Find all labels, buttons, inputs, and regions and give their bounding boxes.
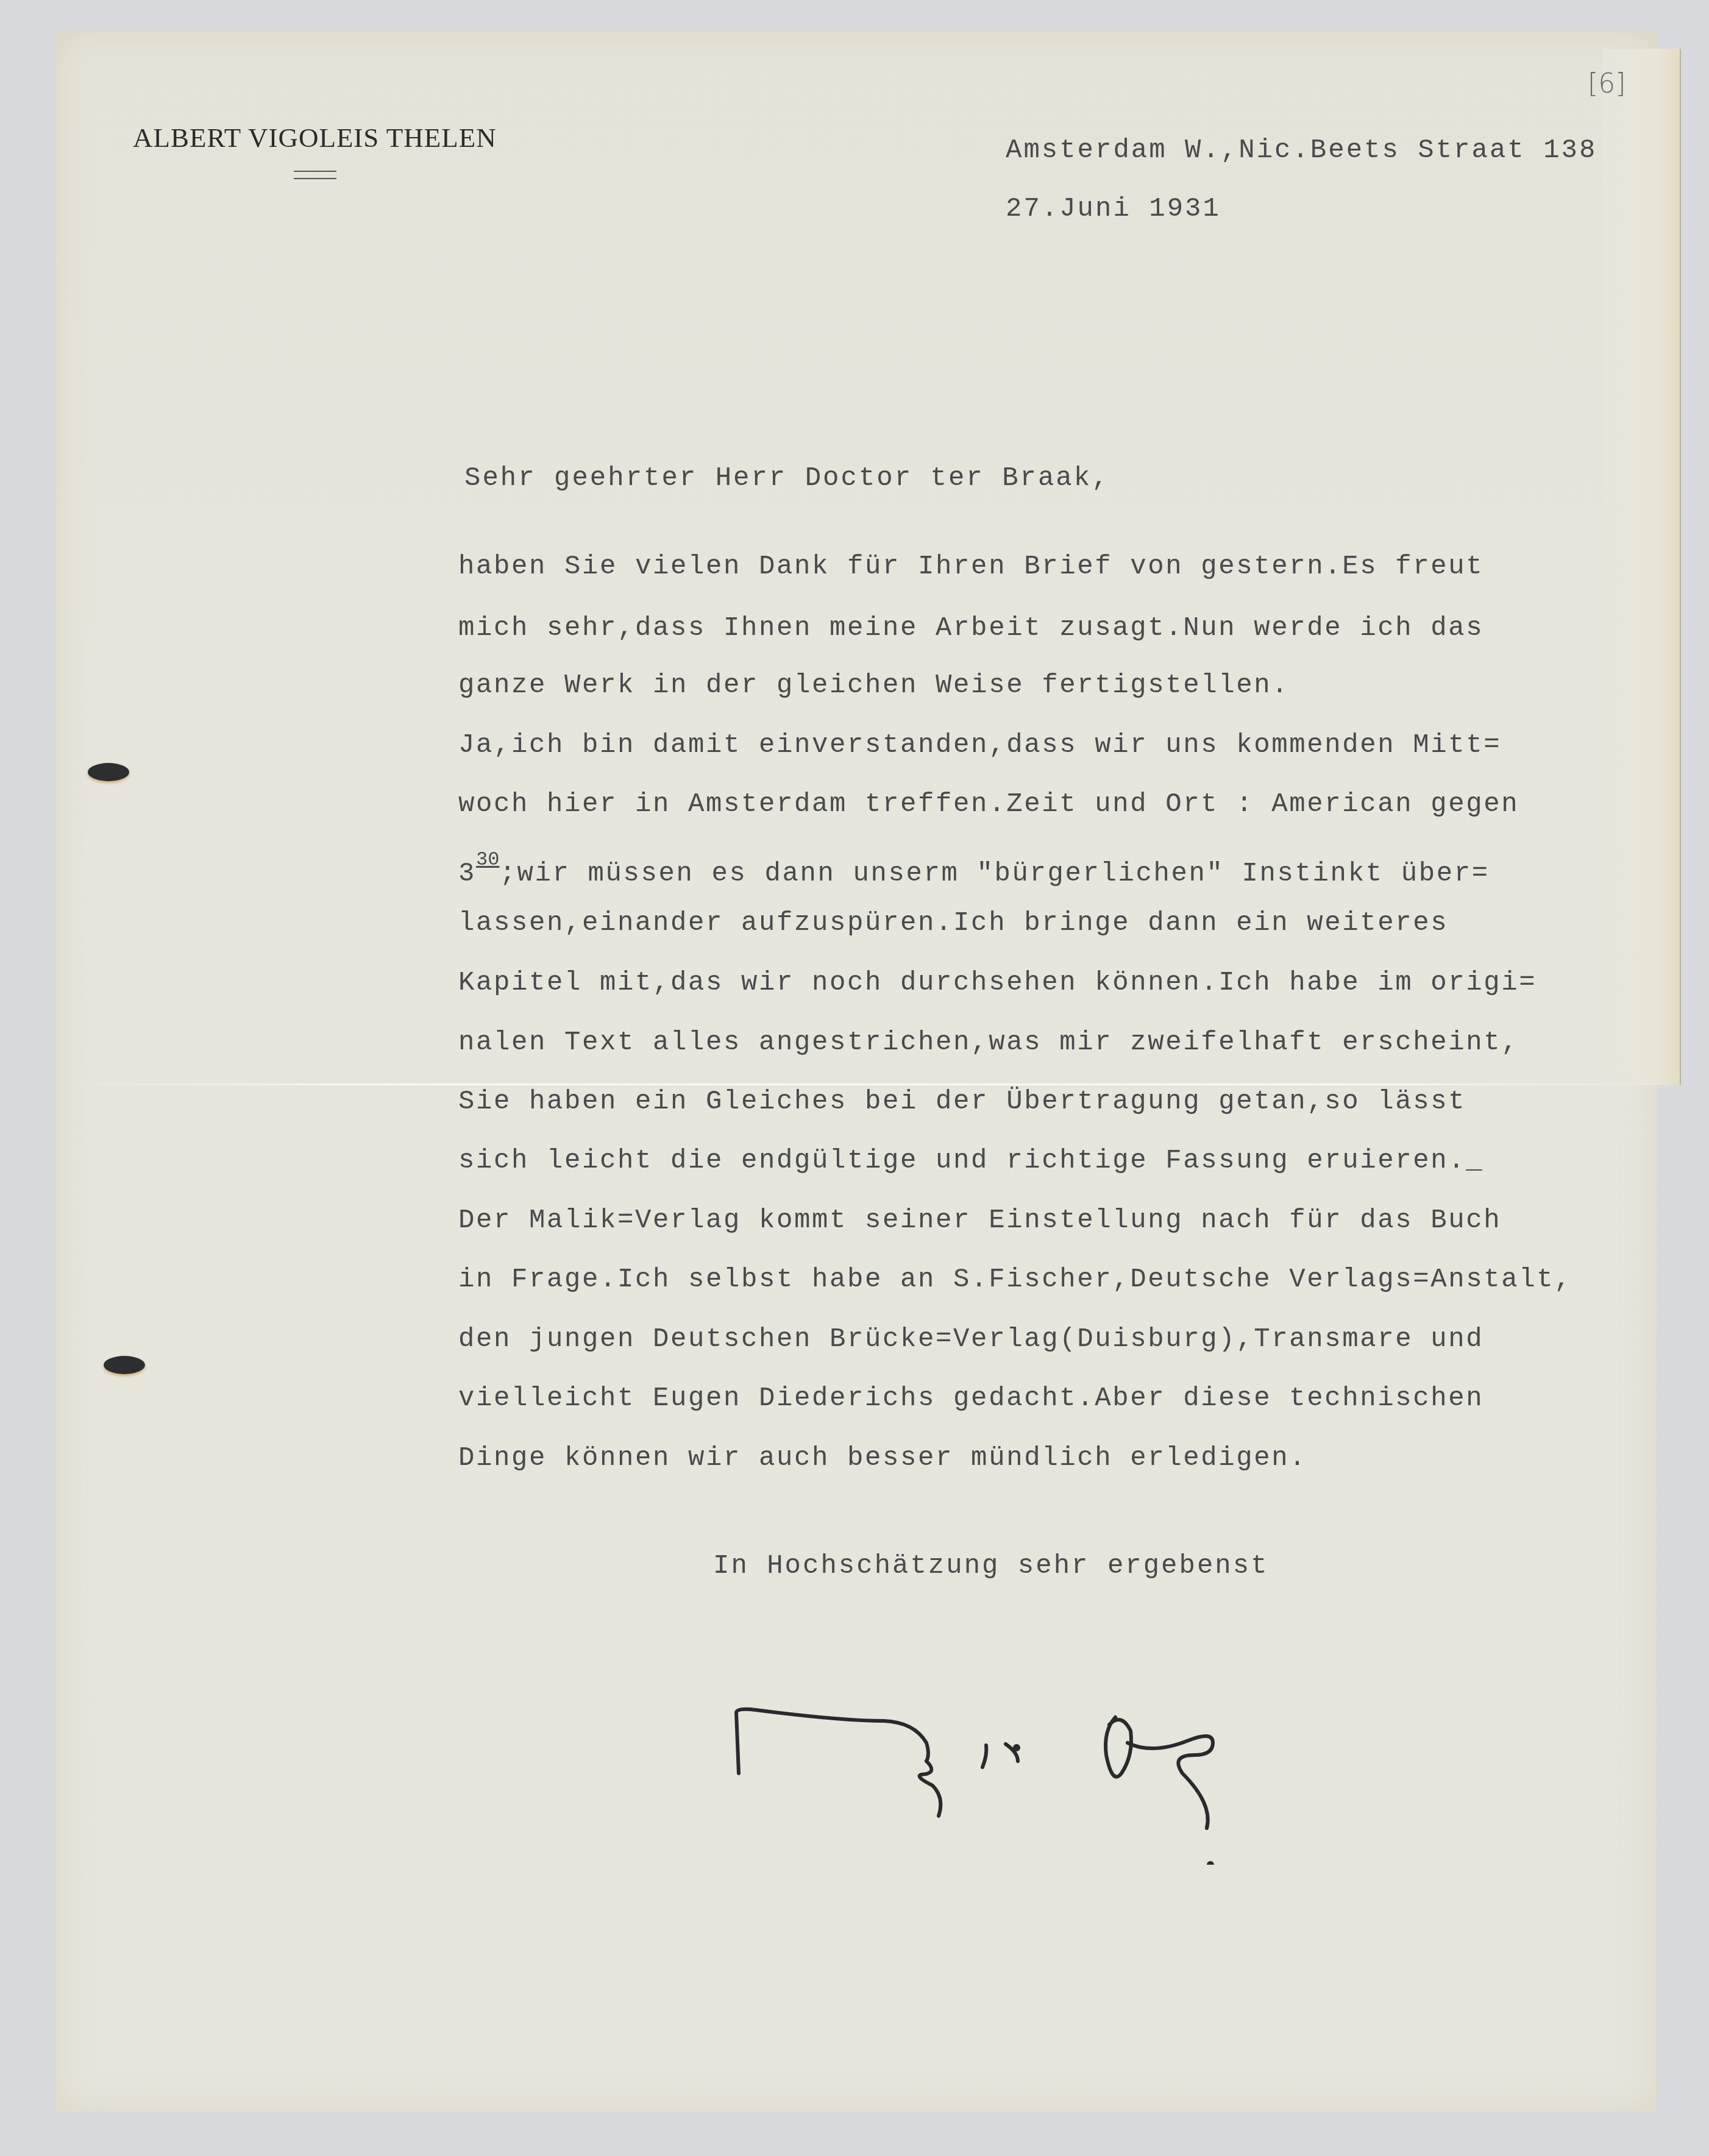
punch-hole-top <box>88 763 129 781</box>
punch-hole-bottom <box>104 1356 145 1374</box>
letter-date: 27.Juni 1931 <box>1006 194 1221 224</box>
paper-upper-flap <box>1603 49 1681 1085</box>
body-line: nalen Text alles angestrichen,was mir zw… <box>458 1027 1519 1058</box>
body-line: mich sehr,dass Ihnen meine Arbeit zusagt… <box>458 613 1483 644</box>
body-line: Kapitel mit,das wir noch durchsehen könn… <box>458 968 1537 998</box>
body-line: Ja,ich bin damit einverstanden,dass wir … <box>458 730 1501 761</box>
body-line: Der Malik=Verlag kommt seiner Einstellun… <box>458 1205 1501 1236</box>
body-line: ganze Werk in der gleichen Weise fertigs… <box>458 670 1289 701</box>
letterhead-name: ALBERT VIGOLEIS THELEN <box>133 122 497 154</box>
body-line: woch hier in Amsterdam treffen.Zeit und … <box>458 789 1519 820</box>
body-line: in Frage.Ich selbst habe an S.Fischer,De… <box>458 1264 1572 1295</box>
body-line: vielleicht Eugen Diederichs gedacht.Aber… <box>458 1383 1483 1414</box>
body-line: den jungen Deutschen Brücke=Verlag(Duisb… <box>458 1324 1483 1355</box>
salutation: Sehr geehrter Herr Doctor ter Braak, <box>464 463 1110 494</box>
meeting-hour: 3 <box>458 859 476 889</box>
body-line: Dinge können wir auch besser mündlich er… <box>458 1443 1307 1473</box>
body-line-with-time: 330;wir müssen es dann unserm "bürgerlic… <box>458 848 1490 889</box>
body-line: haben Sie vielen Dank für Ihren Brief vo… <box>458 551 1483 582</box>
body-line: Sie haben ein Gleiches bei der Übertragu… <box>458 1087 1466 1117</box>
body-line: lassen,einander aufzuspüren.Ich bringe d… <box>458 908 1448 938</box>
archive-number: [6] <box>1588 68 1626 99</box>
sender-address: Amsterdam W.,Nic.Beets Straat 138 <box>1006 135 1597 166</box>
body-line-text: ;wir müssen es dann unserm "bürgerlichen… <box>499 859 1489 889</box>
body-line: sich leicht die endgültige und richtige … <box>458 1146 1483 1176</box>
meeting-minutes: 30 <box>476 848 499 871</box>
closing-phrase: In Hochschätzung sehr ergebenst <box>713 1551 1269 1581</box>
paper-fold-line <box>56 1083 1680 1085</box>
letterhead-double-rule <box>294 171 336 179</box>
handwritten-signature-icon <box>731 1694 1280 1865</box>
